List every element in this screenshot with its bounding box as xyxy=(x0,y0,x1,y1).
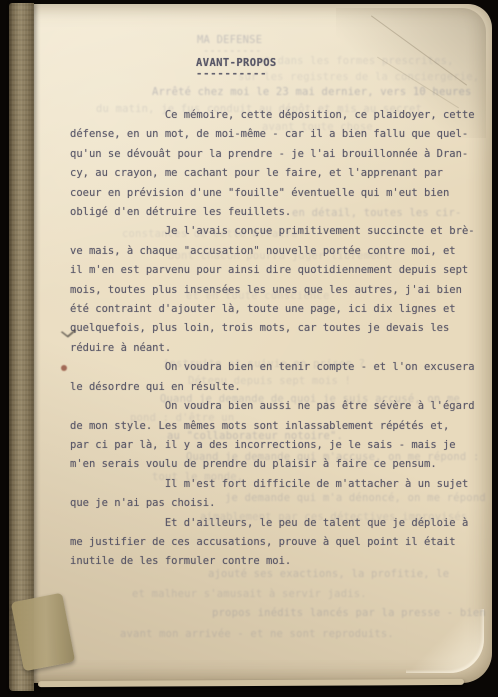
paragraph: On voudra bien aussi ne pas être sévère … xyxy=(70,397,486,475)
paragraph: Je l'avais conçue primitivement succinct… xyxy=(70,222,486,358)
title-underline: ---------- xyxy=(196,68,267,80)
paragraph: On voudra bien en tenir compte - et l'on… xyxy=(70,358,486,397)
bleedthrough-line: --------- xyxy=(203,45,262,57)
bleedthrough-line: et malheur s'amusait à servir jadis. xyxy=(132,588,367,600)
red-ink-dot xyxy=(61,365,67,371)
scanned-page-photo: MA DEFENSE---------et dans les formes pr… xyxy=(0,0,498,697)
paragraph: Il m'est fort difficile de m'attacher à … xyxy=(70,475,486,514)
bleedthrough-line: et dans les formes prescrites, xyxy=(258,55,454,67)
bleedthrough-line: sur les registres de la conciergerie, xyxy=(238,71,479,83)
paragraph: Ce mémoire, cette déposition, ce plaidoy… xyxy=(70,106,486,222)
bleedthrough-line: avant mon arrivée - et ne sont reproduit… xyxy=(120,628,394,640)
bleedthrough-line: propos inédits lancés par la presse - bi… xyxy=(212,607,486,619)
paragraph: Et d'ailleurs, le peu de talent que je d… xyxy=(70,514,486,572)
typewritten-body: Ce mémoire, cette déposition, ce plaidoy… xyxy=(70,106,486,572)
bleedthrough-line: Arrêté chez moi le 23 mai dernier, vers … xyxy=(152,86,472,98)
